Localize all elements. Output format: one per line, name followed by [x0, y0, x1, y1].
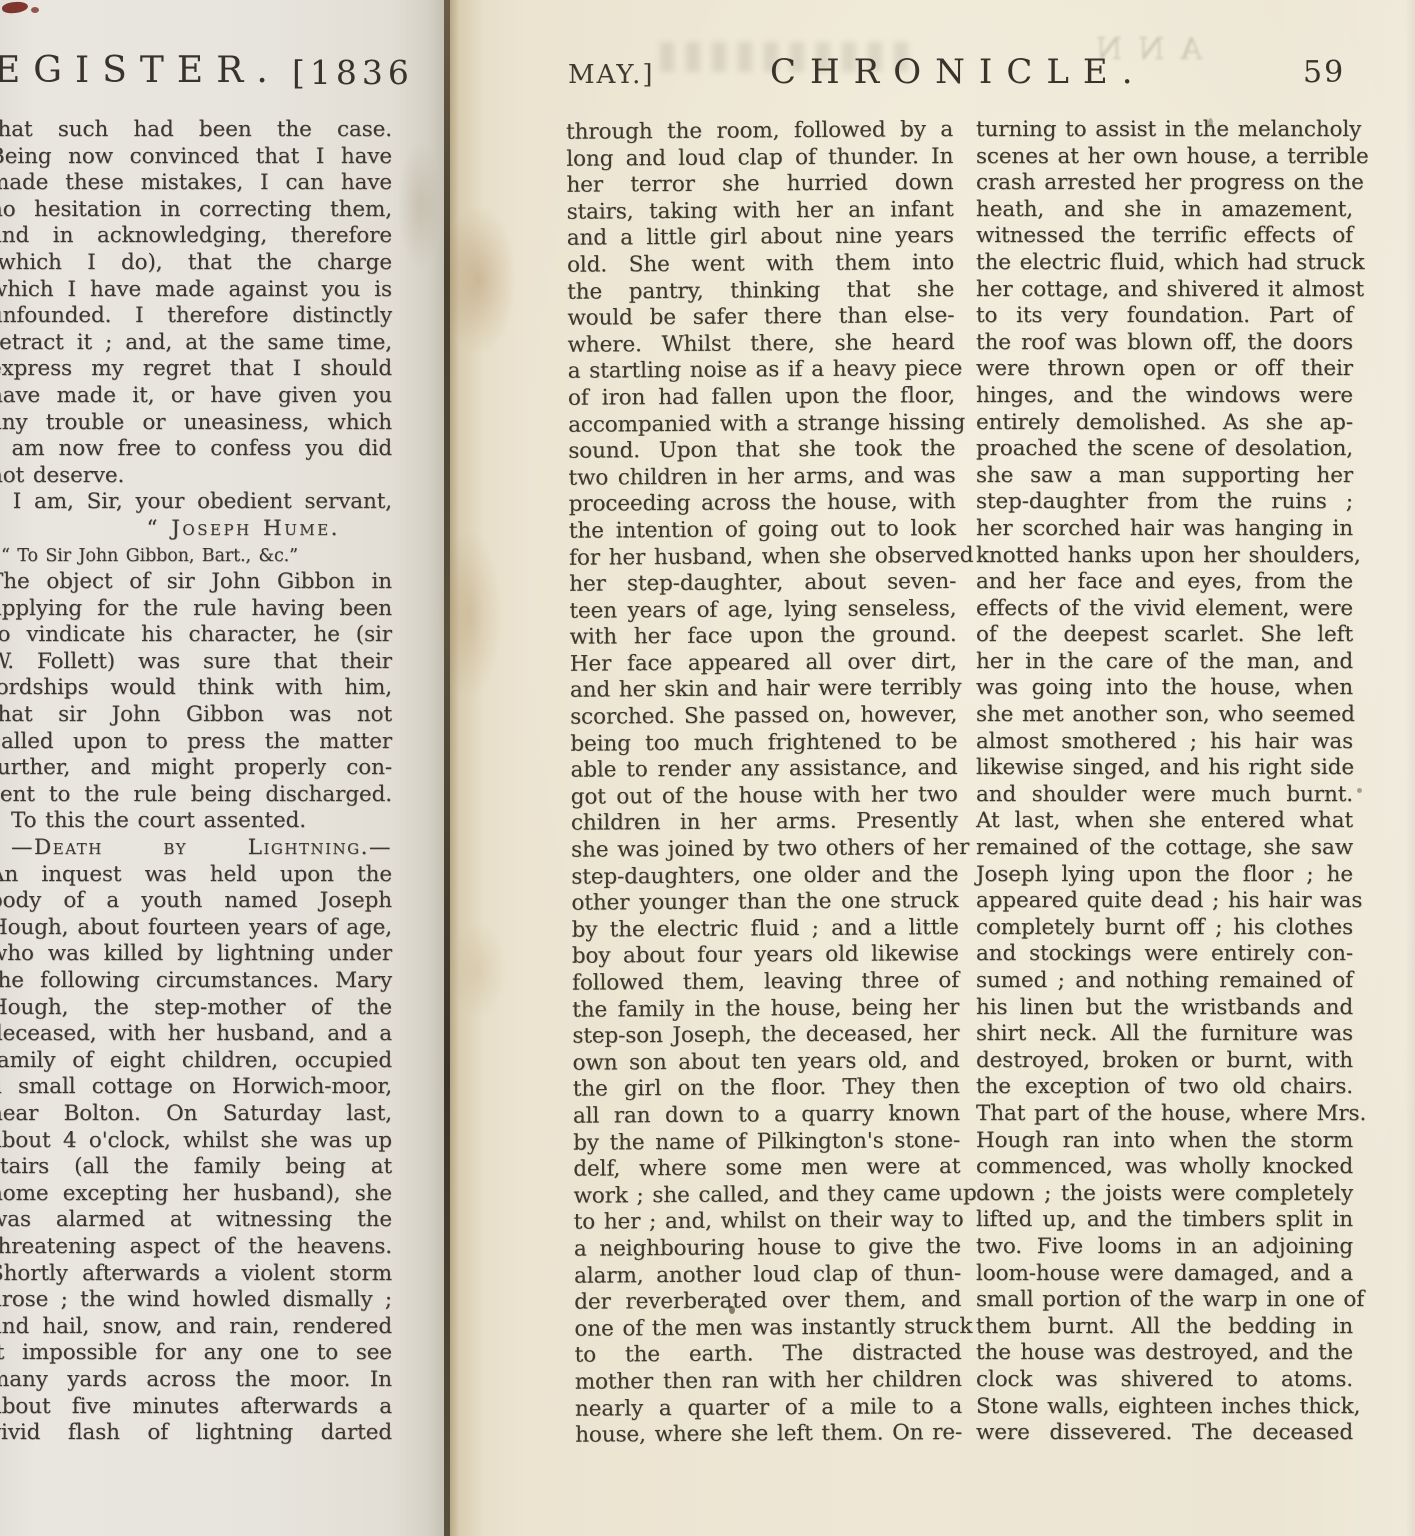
text-line: by the electric fluid ; and a little — [572, 915, 959, 944]
text-line: and a little girl about nine years — [567, 223, 954, 252]
text-line: Stone walls, eighteen inches thick, — [976, 1394, 1353, 1421]
text-line: (which I do), that the charge — [0, 250, 392, 277]
text-line: sumed ; and nothing remained of — [976, 968, 1353, 995]
text-line: the girl on the floor. They then — [573, 1074, 960, 1103]
text-line: Her face appeared all over dirt, — [570, 649, 957, 678]
text-line: called upon to press the matter — [0, 729, 392, 756]
text-line: many yards across the moor. In — [0, 1367, 392, 1394]
text-line: would be safer there than else- — [567, 303, 954, 332]
text-line: by the name of Pilkington's stone- — [573, 1128, 960, 1157]
text-line: and her skin and hair were terribly — [570, 675, 957, 704]
text-line: followed them, leaving three of — [572, 968, 959, 997]
text-line: likewise singed, and his right side — [976, 755, 1353, 782]
text-line: to vindicate his character, he (sir — [0, 622, 392, 649]
text-line: small portion of the warp in one of — [976, 1287, 1353, 1314]
text-line: through the room, followed by a — [566, 117, 953, 146]
left-running-header: EGISTER. — [0, 50, 281, 91]
text-line: that such had been the case. — [0, 117, 392, 144]
text-line: who was killed by lightning under — [0, 941, 392, 968]
text-line: the exception of two old chairs. — [976, 1074, 1353, 1101]
text-line: loom-house were damaged, and a — [976, 1261, 1353, 1288]
text-line: one of the men was instantly struck — [574, 1314, 961, 1343]
text-line: the roof was blown off, the doors — [976, 330, 1353, 357]
text-line: was going into the house, when — [976, 675, 1353, 702]
red-ink-mark — [31, 7, 39, 13]
text-line: step-daughters, one older and the — [571, 862, 958, 891]
text-line: were dissevered. The deceased — [976, 1420, 1353, 1447]
ink-speck — [1357, 788, 1362, 793]
text-line: no hesitation in correcting them, — [0, 197, 392, 224]
text-line: down ; the joists were completely — [976, 1181, 1353, 1208]
text-line: the family in the house, being her — [572, 995, 959, 1024]
text-line: boy about four years old likewise — [572, 941, 959, 970]
text-line: not deserve. — [0, 463, 392, 490]
text-line: work ; she called, and they came up — [573, 1181, 960, 1210]
text-line: lifted up, and the timbers split in — [976, 1207, 1353, 1234]
text-line: and in acknowledging, therefore — [0, 223, 392, 250]
text-line: hinges, and the windows were — [976, 383, 1353, 410]
text-line: were thrown open or off their — [976, 356, 1353, 383]
book-scan: EGISTER. [1836 that such had been the ca… — [0, 0, 1415, 1536]
text-line: two children in her arms, and was — [568, 463, 955, 492]
text-line: a small cottage on Horwich-moor, — [0, 1074, 392, 1101]
text-line: able to render any assistance, and — [570, 755, 957, 784]
text-line: At last, when she entered what — [976, 808, 1353, 835]
text-line: stairs, taking with her an infant — [567, 197, 954, 226]
text-line: body of a youth named Joseph — [0, 888, 392, 915]
text-line: retract it ; and, at the same time, — [0, 330, 392, 357]
text-line: express my regret that I should — [0, 356, 392, 383]
text-line: own son about ten years old, and — [573, 1048, 960, 1077]
text-line: stairs (all the family being at — [0, 1154, 392, 1181]
text-line: a neighbouring house to give the — [574, 1234, 961, 1263]
text-line: An inquest was held upon the — [0, 862, 392, 889]
ink-speck — [1208, 118, 1213, 127]
text-line: was alarmed at witnessing the — [0, 1207, 392, 1234]
text-line: her cottage, and shivered it almost — [976, 277, 1353, 304]
text-line: and stockings were entirely con- — [976, 941, 1353, 968]
text-line: “ To Sir John Gibbon, Bart., &c.” — [0, 543, 392, 570]
text-line: “ Joseph Hume. — [0, 516, 392, 543]
text-line: I am now free to confess you did — [0, 436, 392, 463]
text-line: deceased, with her husband, and a — [0, 1021, 392, 1048]
text-line: of the deepest scarlet. She left — [976, 622, 1353, 649]
text-line: near Bolton. On Saturday last, — [0, 1101, 392, 1128]
text-line: her in the care of the man, and — [976, 649, 1353, 676]
text-line: she saw a man supporting her — [976, 463, 1353, 490]
text-line: der reverberated over them, and — [574, 1287, 961, 1316]
text-line: his linen but the wristbands and — [976, 995, 1353, 1022]
text-line: Being now convinced that I have — [0, 144, 392, 171]
text-line: The object of sir John Gibbon in — [0, 569, 392, 596]
text-line: children in her arms. Presently — [571, 808, 958, 837]
text-line: and shoulder were much burnt. — [976, 782, 1353, 809]
text-line: any trouble or uneasiness, which — [0, 410, 392, 437]
text-line: To this the court assented. — [0, 808, 392, 835]
text-line: proceeding across the house, with — [569, 489, 956, 518]
text-line: two. Five looms in an adjoining — [976, 1234, 1353, 1261]
text-line: where. Whilst there, she heard — [567, 330, 954, 359]
text-line: “ I am, Sir, your obedient servant, — [0, 489, 392, 516]
text-line: of iron had fallen upon the floor, — [568, 383, 955, 412]
text-line: lordships would think with him, — [0, 675, 392, 702]
text-line: the following circumstances. Mary — [0, 968, 392, 995]
text-line: —Death by Lightning.— — [0, 835, 392, 862]
text-line: Hough, about fourteen years of age, — [0, 915, 392, 942]
text-line: appeared quite dead ; his hair was — [976, 888, 1353, 915]
text-line: her scorched hair was hanging in — [976, 516, 1353, 543]
text-line: applying for the rule having been — [0, 596, 392, 623]
text-line: completely burnt off ; his clothes — [976, 915, 1353, 942]
text-line: with her face upon the ground. — [570, 622, 957, 651]
text-line: That part of the house, where Mrs. — [976, 1101, 1353, 1128]
text-line: crash arrested her progress on the — [976, 170, 1353, 197]
text-line: family of eight children, occupied — [0, 1048, 392, 1075]
text-line: knotted hanks upon her shoulders, — [976, 543, 1353, 570]
text-line: the pantry, thinking that she — [567, 277, 954, 306]
text-line: teen years of age, lying senseless, — [569, 596, 956, 625]
text-line: to the earth. The distracted — [575, 1340, 962, 1369]
text-line: Shortly afterwards a violent storm — [0, 1261, 392, 1288]
left-book-page: EGISTER. [1836 that such had been the ca… — [0, 0, 444, 1536]
text-line: a startling noise as if a heavy piece — [568, 356, 955, 385]
ink-speck — [729, 1306, 735, 1314]
text-line: other younger than the one struck — [571, 888, 958, 917]
text-line: the house was destroyed, and the — [976, 1340, 1353, 1367]
text-line: her terror she hurried down — [566, 170, 953, 199]
text-line: arose ; the wind howled dismally ; — [0, 1287, 392, 1314]
text-line: turning to assist in the melancholy — [976, 117, 1353, 144]
text-column-left: that such had been the case.Being now co… — [0, 117, 392, 1447]
text-line: unfounded. I therefore distinctly — [0, 303, 392, 330]
text-line: and hail, snow, and rain, rendered — [0, 1314, 392, 1341]
text-line: her step-daughter, about seven- — [569, 569, 956, 598]
text-line: further, and might properly con- — [0, 755, 392, 782]
right-running-header: CHRONICLE. — [770, 52, 1147, 92]
text-line: for her husband, when she observed — [569, 542, 956, 571]
text-line: step-daughter from the ruins ; — [976, 489, 1353, 516]
text-line: all ran down to a quarry known — [573, 1101, 960, 1130]
text-line: she was joined by two others of her — [571, 835, 958, 864]
text-line: step-son Joseph, the deceased, her — [572, 1021, 959, 1050]
text-line: which I have made against you is — [0, 277, 392, 304]
text-line: nearly a quarter of a mile to a — [575, 1393, 962, 1422]
text-line: scenes at her own house, a terrible — [976, 144, 1353, 171]
text-line: commenced, was wholly knocked — [976, 1154, 1353, 1181]
text-line: W. Follett) was sure that their — [0, 649, 392, 676]
text-line: about five minutes afterwards a — [0, 1394, 392, 1421]
text-line: effects of the vivid element, were — [976, 596, 1353, 623]
text-line: alarm, another loud clap of thun- — [574, 1261, 961, 1290]
text-line: house, where she left them. On re- — [575, 1420, 962, 1449]
text-line: sound. Upon that she took the — [568, 436, 955, 465]
text-line: scorched. She passed on, however, — [570, 702, 957, 731]
text-line: heath, and she in amazement, — [976, 197, 1353, 224]
text-line: proached the scene of desolation, — [976, 436, 1353, 463]
text-line: vivid flash of lightning darted — [0, 1420, 392, 1447]
text-line: almost smothered ; his hair was — [976, 729, 1353, 756]
text-line: the intention of going out to look — [569, 516, 956, 545]
text-line: Hough ran into when the storm — [976, 1128, 1353, 1155]
left-header-year: [1836 — [292, 53, 414, 92]
text-line: mother then ran with her children — [575, 1367, 962, 1396]
text-line: the electric fluid, which had struck — [976, 250, 1353, 277]
right-header-month: MAY.] — [568, 60, 655, 90]
text-line: home excepting her husband), she — [0, 1181, 392, 1208]
text-line: she met another son, who seemed — [976, 702, 1353, 729]
text-line: entirely demolished. As she ap- — [976, 410, 1353, 437]
text-line: Joseph lying upon the floor ; he — [976, 862, 1353, 889]
text-line: witnessed the terrific effects of — [976, 223, 1353, 250]
text-line: it impossible for any one to see — [0, 1340, 392, 1367]
text-line: shirt neck. All the furniture was — [976, 1021, 1353, 1048]
text-line: delf, where some men were at — [573, 1154, 960, 1183]
text-line: old. She went with them into — [567, 250, 954, 279]
text-line: to her ; and, whilst on their way to — [574, 1207, 961, 1236]
text-line: accompanied with a strange hissing — [568, 410, 955, 439]
text-line: long and loud clap of thunder. In — [566, 144, 953, 173]
text-line: destroyed, broken or burnt, with — [976, 1048, 1353, 1075]
text-line: have made it, or have given you — [0, 383, 392, 410]
text-line: and her face and eyes, from the — [976, 569, 1353, 596]
text-line: that sir John Gibbon was not — [0, 702, 392, 729]
text-line: got out of the house with her two — [571, 782, 958, 811]
page-number: 59 — [1303, 55, 1345, 90]
text-line: sent to the rule being discharged. — [0, 782, 392, 809]
text-line: being too much frightened to be — [570, 729, 957, 758]
text-line: about 4 o'clock, whilst she was up — [0, 1128, 392, 1155]
text-line: Hough, the step-mother of the — [0, 995, 392, 1022]
text-line: them burnt. All the bedding in — [976, 1314, 1353, 1341]
text-line: remained of the cottage, she saw — [976, 835, 1353, 862]
text-column-right: turning to assist in the melancholyscene… — [976, 117, 1353, 1447]
text-line: clock was shivered to atoms. — [976, 1367, 1353, 1394]
text-line: made these mistakes, I can have — [0, 170, 392, 197]
text-line: to its very foundation. Part of — [976, 303, 1353, 330]
text-line: threatening aspect of the heavens. — [0, 1234, 392, 1261]
text-column-middle: through the room, followed by along and … — [566, 117, 962, 1449]
